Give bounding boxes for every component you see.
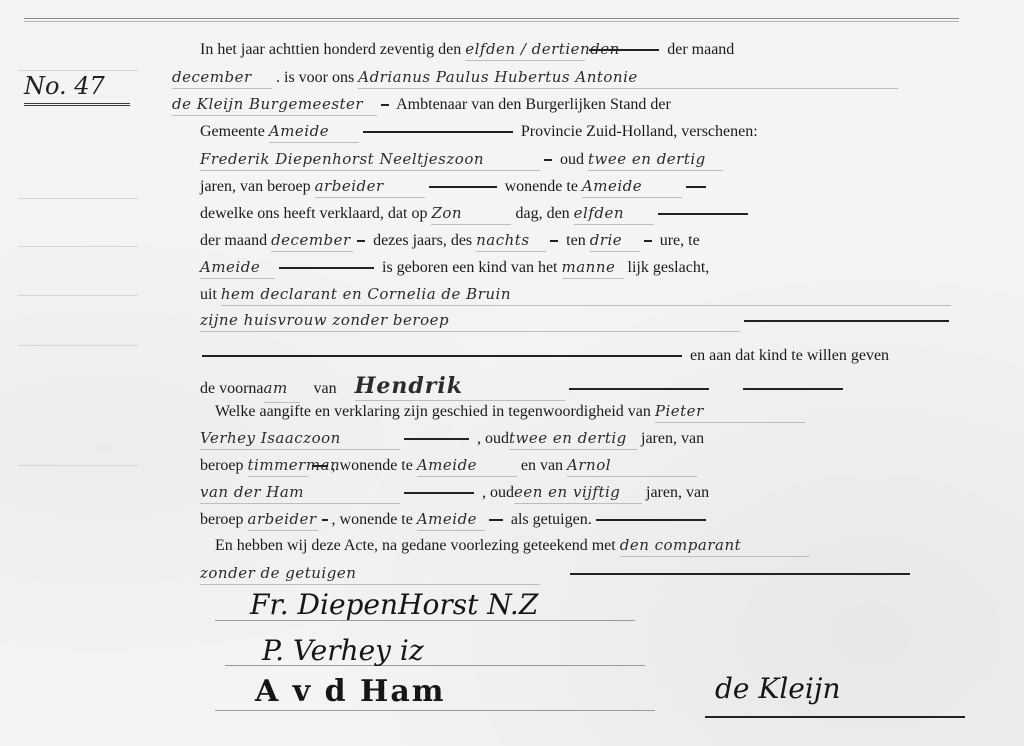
fill-rule [686, 186, 706, 188]
printed-text: en van [521, 457, 563, 474]
printed-text: dag, den [515, 205, 569, 222]
record-line-2: december . is voor ons Adrianus Paulus H… [172, 66, 942, 88]
handwritten-witness1-residence: Ameide [417, 454, 517, 477]
printed-text: oud [560, 151, 584, 168]
record-line-15: Verhey Isaaczoon , oudtwee en dertig jar… [200, 427, 970, 449]
fill-rule [589, 49, 659, 51]
margin-bleedthrough [18, 295, 138, 296]
signature-witness1: P. Verhey iz [262, 634, 424, 667]
printed-text: , oud [477, 430, 509, 447]
printed-text: lijk geslacht, [628, 259, 710, 276]
handwritten-month: december [172, 66, 272, 89]
fill-rule [596, 519, 706, 521]
printed-text: Gemeente [200, 123, 265, 140]
handwritten-witness2-surname: van der Ham [200, 481, 400, 504]
printed-text: En hebben wij deze Acte, na gedane voorl… [215, 537, 616, 554]
record-line-19: En hebben wij deze Acte, na gedane voorl… [215, 534, 985, 556]
signature-witness2: A v d Ham [255, 674, 446, 709]
handwritten-declarant-name: Frederik Diepenhorst Neeltjeszoon [200, 148, 540, 171]
signature-declarant: Fr. DiepenHorst N.Z [250, 588, 538, 621]
printed-text: wonende te [505, 178, 578, 195]
signature-official: de Kleijn [715, 672, 841, 705]
record-line-14: Welke aangifte en verklaring zijn geschi… [215, 400, 985, 422]
birth-record-page: No. 47 In het jaar achttien honderd zeve… [0, 0, 1024, 746]
handwritten-declarant-occupation: arbeider [315, 175, 425, 198]
printed-text: . is voor ons [276, 69, 354, 86]
printed-text: dezes jaars, des [373, 232, 472, 249]
printed-text: en aan dat kind te willen geven [690, 347, 889, 364]
fill-rule [357, 240, 365, 242]
printed-text: uit [200, 286, 217, 303]
signature-rule [215, 710, 655, 711]
handwritten-witness1-age: twee en dertig [509, 427, 637, 450]
fill-rule [404, 492, 474, 494]
printed-text: Welke aangifte en verklaring zijn geschi… [215, 403, 651, 420]
record-line-9: Ameide is geboren een kind van het manne… [200, 256, 970, 278]
margin-bleedthrough [18, 198, 138, 199]
margin-bleedthrough [18, 70, 138, 71]
printed-text: jaren, van beroep [200, 178, 311, 195]
printed-text: Provincie Zuid-Holland, verschenen: [521, 123, 758, 140]
handwritten-hour: drie [590, 229, 640, 252]
printed-text: ure, te [660, 232, 700, 249]
margin-bleedthrough [18, 345, 138, 346]
fill-rule [429, 186, 497, 188]
handwritten-time-of-day: nachts [476, 229, 546, 252]
fill-rule [550, 240, 558, 242]
printed-text: der maand [200, 232, 267, 249]
record-line-18: beroep arbeider, wonende te Ameide als g… [200, 508, 970, 530]
printed-text: , wonende te [332, 511, 413, 528]
margin-bleedthrough [18, 465, 138, 466]
record-line-13: de voornaam van Hendrik [200, 372, 970, 402]
handwritten-child-name: Hendrik [355, 372, 565, 401]
handwritten-witness2-occupation: arbeider [248, 508, 318, 531]
signature-rule [705, 716, 965, 718]
handwritten-day: elfden / dertienden [465, 38, 585, 61]
top-rule-secondary [24, 21, 959, 22]
record-line-5: Frederik Diepenhorst Neeltjeszoon oud tw… [200, 148, 970, 170]
handwritten-declarant-age: twee en dertig [588, 148, 723, 171]
printed-text: is geboren een kind van het [382, 259, 558, 276]
printed-text: de voorna [200, 380, 264, 397]
handwritten-witness2-age: een en vijftig [514, 481, 642, 504]
fill-rule [279, 267, 374, 269]
fill-rule [658, 213, 748, 215]
printed-text: als getuigen. [511, 511, 592, 528]
fill-rule [743, 388, 843, 390]
fill-rule [489, 519, 503, 521]
fill-rule [381, 104, 389, 106]
handwritten-signing-note-cont: zonder de getuigen [200, 562, 540, 585]
printed-text: der maand [667, 41, 734, 58]
fill-rule [744, 320, 949, 322]
fill-rule [404, 438, 469, 440]
record-line-17: van der Ham , oudeen en vijftig jaren, v… [200, 481, 970, 503]
handwritten-parents: hem declarant en Cornelia de Bruin [221, 283, 951, 306]
fill-rule [312, 465, 328, 467]
record-line-3: de Kleijn Burgemeester Ambtenaar van den… [172, 93, 942, 115]
handwritten-witness2-residence: Ameide [417, 508, 485, 531]
printed-text: beroep [200, 511, 244, 528]
handwritten-witness1-occupation: timmerman [248, 454, 308, 477]
handwritten-birth-day: elfden [574, 202, 654, 225]
handwritten-signing-note: den comparant [620, 534, 810, 557]
printed-text: jaren, van [646, 484, 709, 501]
handwritten-witness2-firstname: Arnol [567, 454, 697, 477]
fill-rule [570, 573, 910, 575]
handwritten-birth-place: Ameide [200, 256, 275, 279]
record-line-8: der maand december dezes jaars, des nach… [200, 229, 970, 251]
printed-text: , oud [482, 484, 514, 501]
fill-rule [322, 519, 328, 521]
fill-rule [644, 240, 652, 242]
record-line-11: zijne huisvrouw zonder beroep [200, 309, 970, 331]
printed-text: beroep [200, 457, 244, 474]
printed-text: In het jaar achttien honderd zeventig de… [200, 41, 461, 58]
fill-rule [202, 355, 682, 357]
record-line-6: jaren, van beroep arbeider wonende te Am… [200, 175, 970, 197]
handwritten-mother-status: zijne huisvrouw zonder beroep [200, 309, 740, 332]
record-line-10: uit hem declarant en Cornelia de Bruin [200, 283, 970, 305]
record-line-12: en aan dat kind te willen geven [200, 345, 970, 367]
record-line-16: beroep timmerman, wonende te Ameide en v… [200, 454, 970, 476]
printed-text: dewelke ons heeft verklaard, dat op [200, 205, 427, 222]
printed-text: Ambtenaar van den Burgerlijken Stand der [396, 96, 671, 113]
printed-text: van [314, 380, 337, 397]
fill-rule [363, 131, 513, 133]
handwritten-witness1-firstname: Pieter [655, 400, 805, 423]
record-line-20: zonder de getuigen [200, 562, 970, 584]
register-number: No. 47 [24, 72, 130, 106]
handwritten-witness1-surname: Verhey Isaaczoon [200, 427, 400, 450]
fill-rule [544, 159, 552, 161]
record-line-4: Gemeente Ameide Provincie Zuid-Holland, … [200, 120, 970, 142]
handwritten-sex: manne [562, 256, 624, 279]
handwritten-municipality: Ameide [269, 120, 359, 143]
top-rule [24, 18, 959, 19]
record-line-1: In het jaar achttien honderd zeventig de… [200, 38, 970, 60]
printed-text: jaren, van [641, 430, 704, 447]
handwritten-birth-month: december [271, 229, 353, 252]
record-line-7: dewelke ons heeft verklaard, dat op Zon … [200, 202, 970, 224]
handwritten-weekday: Zon [431, 202, 511, 225]
handwritten-declarant-residence: Ameide [582, 175, 682, 198]
handwritten-official-title: de Kleijn Burgemeester [172, 93, 377, 116]
printed-text: ten [566, 232, 586, 249]
margin-bleedthrough [18, 246, 138, 247]
handwritten-suffix: am [264, 374, 300, 403]
handwritten-official-name: Adrianus Paulus Hubertus Antonie [358, 66, 898, 89]
printed-text: , wonende te [332, 457, 413, 474]
fill-rule [569, 388, 709, 390]
